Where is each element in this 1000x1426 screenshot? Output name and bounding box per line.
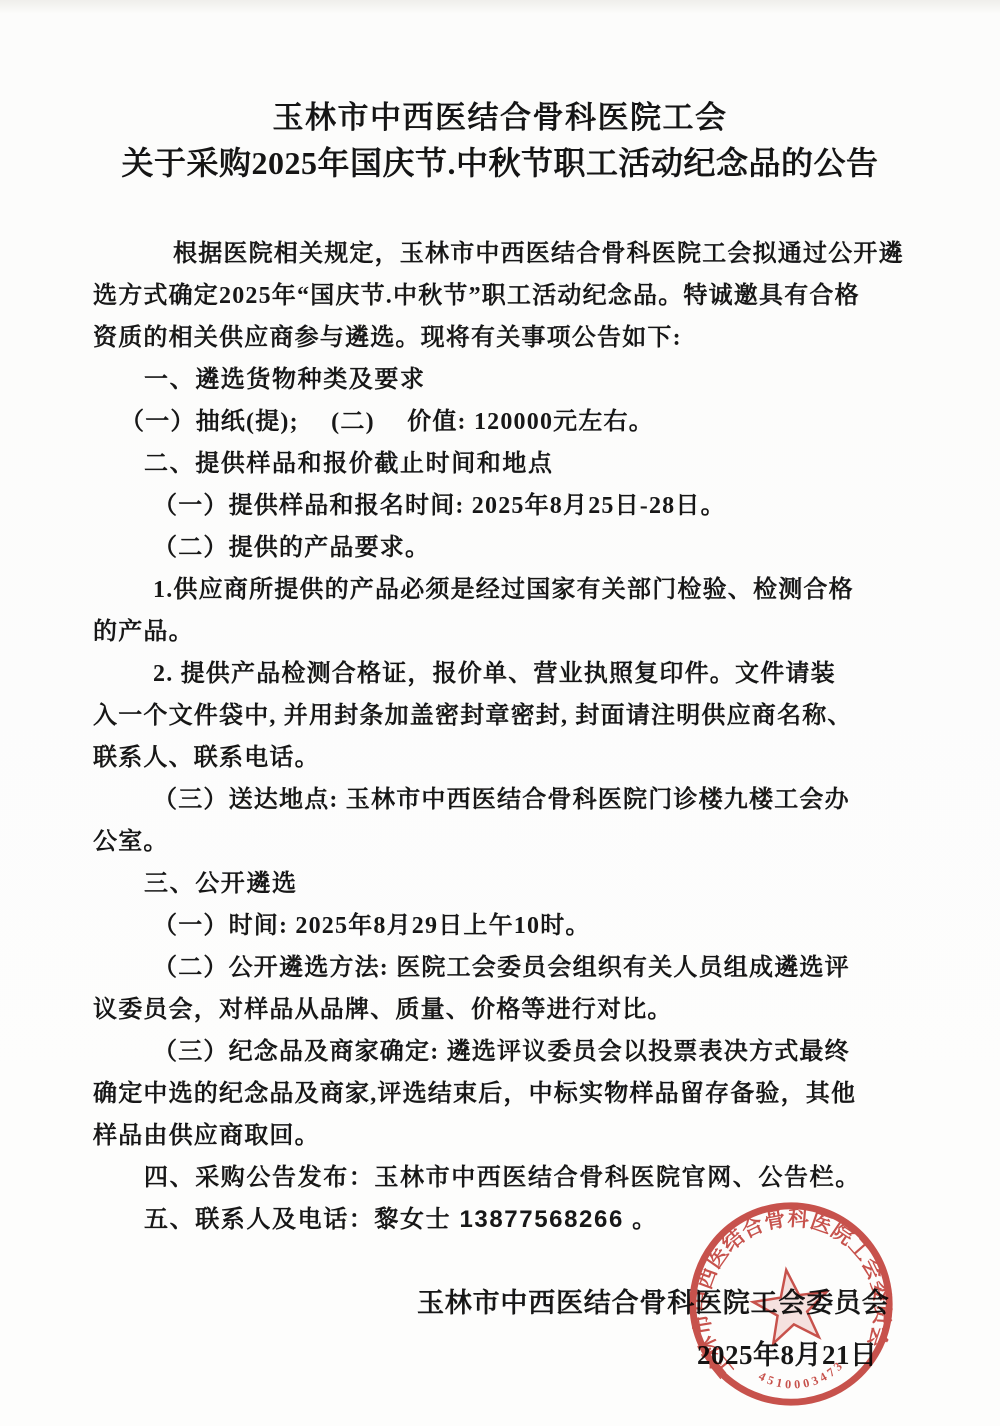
body-line: （一）提供样品和报名时间: 2025年8月25日-28日。 bbox=[93, 485, 909, 527]
body-line: （一）时间: 2025年8月29日上午10时。 bbox=[93, 905, 909, 947]
document-title: 玉林市中西医结合骨科医院工会 bbox=[0, 92, 1000, 137]
body-line: 一、遴选货物种类及要求 bbox=[93, 359, 909, 401]
document-subtitle: 关于采购2025年国庆节.中秋节职工活动纪念品的公告 bbox=[0, 138, 1000, 184]
body-line: （二）公开遴选方法: 医院工会委员会组织有关人员组成遴选评 bbox=[93, 947, 909, 989]
body-line: 资质的相关供应商参与遴选。现将有关事项公告如下: bbox=[93, 317, 909, 359]
body-line: 2. 提供产品检测合格证，报价单、营业执照复印件。文件请装 bbox=[93, 653, 909, 695]
body-line: 根据医院相关规定，玉林市中西医结合骨科医院工会拟通过公开遴 bbox=[93, 233, 909, 275]
body-line: 三、公开遴选 bbox=[93, 863, 909, 905]
signature-org: 玉林市中西医结合骨科医院工会委员会 bbox=[417, 1281, 890, 1320]
body-line: 选方式确定2025年“国庆节.中秋节”职工活动纪念品。特诚邀具有合格 bbox=[93, 275, 909, 317]
body-line: 样品由供应商取回。 bbox=[93, 1115, 909, 1157]
document-body: 根据医院相关规定，玉林市中西医结合骨科医院工会拟通过公开遴选方式确定2025年“… bbox=[93, 233, 909, 1241]
document-page: 玉林市中西医结合骨科医院工会 关于采购2025年国庆节.中秋节职工活动纪念品的公… bbox=[0, 0, 1000, 1426]
body-line: 二、提供样品和报价截止时间和地点 bbox=[93, 443, 909, 485]
body-line: （三）纪念品及商家确定: 遴选评议委员会以投票表决方式最终 bbox=[93, 1031, 909, 1073]
body-line: 的产品。 bbox=[93, 611, 909, 653]
body-line: 入一个文件袋中, 并用封条加盖密封章密封, 封面请注明供应商名称、 bbox=[93, 695, 909, 737]
body-line: 五、联系人及电话：黎女士 13877568266 。 bbox=[93, 1199, 909, 1241]
body-line: （一）抽纸(提); (二) 价值: 120000元左右。 bbox=[93, 401, 909, 443]
body-line: 1.供应商所提供的产品必须是经过国家有关部门检验、检测合格 bbox=[93, 569, 909, 611]
signature-date: 2025年8月21日 bbox=[697, 1333, 878, 1372]
body-line: 公室。 bbox=[93, 821, 909, 863]
body-line: （二）提供的产品要求。 bbox=[93, 527, 909, 569]
body-line: 确定中选的纪念品及商家,评选结束后，中标实物样品留存备验，其他 bbox=[93, 1073, 909, 1115]
body-line: 联系人、联系电话。 bbox=[93, 737, 909, 779]
body-line: 议委员会，对样品从品牌、质量、价格等进行对比。 bbox=[93, 989, 909, 1031]
body-line: （三）送达地点: 玉林市中西医结合骨科医院门诊楼九楼工会办 bbox=[93, 779, 909, 821]
body-line: 四、采购公告发布：玉林市中西医结合骨科医院官网、公告栏。 bbox=[93, 1157, 909, 1199]
